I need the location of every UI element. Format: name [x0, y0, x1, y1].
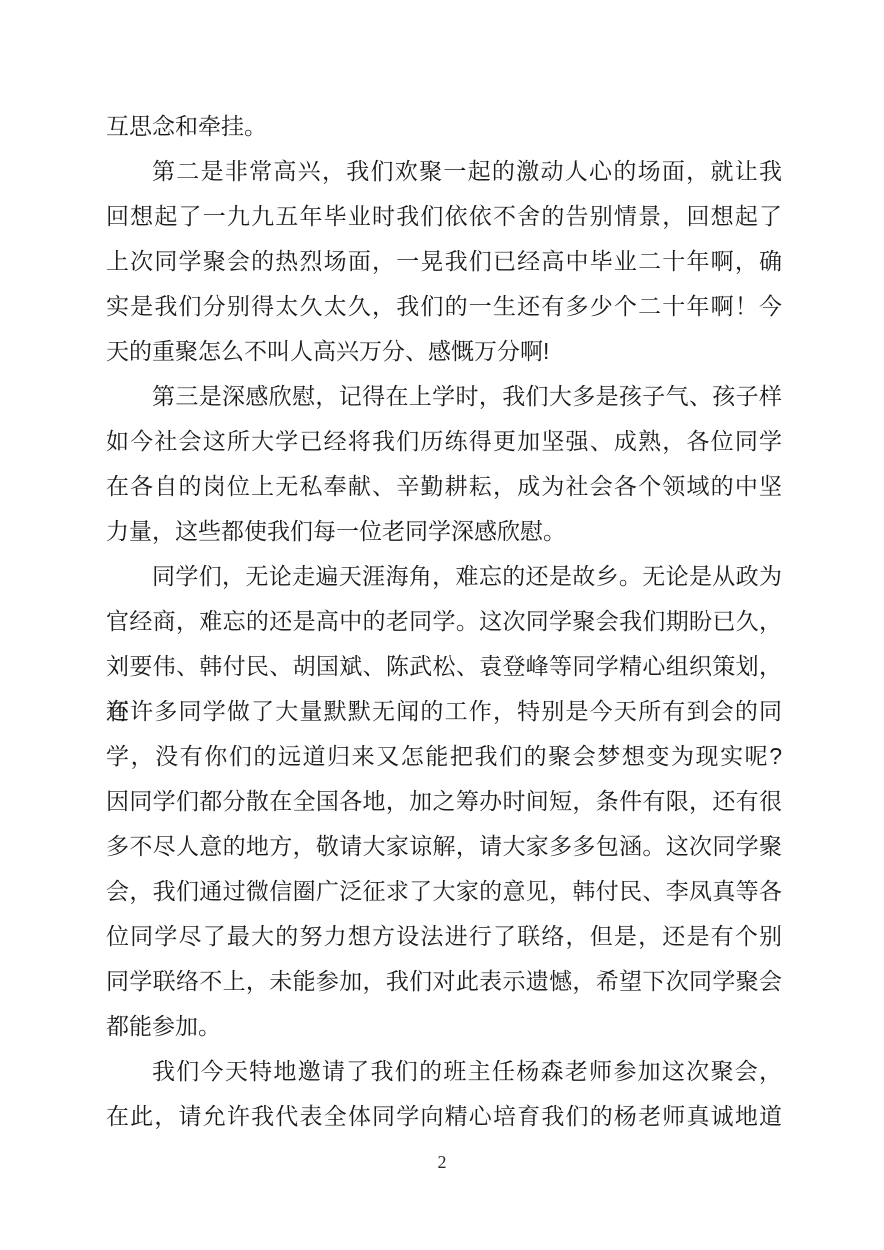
text-line: 因同学们都分散在全国各地，加之筹办时间短，条件有限，还有很 — [106, 779, 782, 824]
text-line: 在此，请允许我代表全体同学向精心培育我们的杨老师真诚地道 — [106, 1094, 782, 1139]
text-line: 我们今天特地邀请了我们的班主任杨森老师参加这次聚会， — [106, 1049, 782, 1094]
text-line: 位同学尽了最大的努力想方设法进行了联络，但是，还是有个别 — [106, 914, 782, 959]
page-number: 2 — [0, 1150, 884, 1174]
text-body: 互思念和牵挂。第二是非常高兴，我们欢聚一起的激动人心的场面，就让我回想起了一九九… — [106, 104, 782, 1139]
text-line: 如今社会这所大学已经将我们历练得更加坚强、成熟，各位同学 — [106, 419, 782, 464]
document-page: 互思念和牵挂。第二是非常高兴，我们欢聚一起的激动人心的场面，就让我回想起了一九九… — [0, 0, 884, 1250]
text-line: 第三是深感欣慰，记得在上学时，我们大多是孩子气、孩子样 — [106, 374, 782, 419]
text-line: 同学们，无论走遍天涯海角，难忘的还是故乡。无论是从政为 — [106, 554, 782, 599]
text-line: 实是我们分别得太久太久，我们的一生还有多少个二十年啊！今 — [106, 284, 782, 329]
text-line: 刘要伟、韩付民、胡国斌、陈武松、袁登峰等同学精心组织策划，还 — [106, 644, 782, 689]
text-line: 上次同学聚会的热烈场面，一晃我们已经高中毕业二十年啊，确 — [106, 239, 782, 284]
text-line: 有许多同学做了大量默默无闻的工作，特别是今天所有到会的同 — [106, 689, 782, 734]
text-line: 回想起了一九九五年毕业时我们依依不舍的告别情景，回想起了 — [106, 194, 782, 239]
text-line: 天的重聚怎么不叫人高兴万分、感慨万分啊! — [106, 329, 782, 374]
text-line: 互思念和牵挂。 — [106, 104, 782, 149]
text-line: 多不尽人意的地方，敬请大家谅解，请大家多多包涵。这次同学聚 — [106, 824, 782, 869]
text-line: 力量，这些都使我们每一位老同学深感欣慰。 — [106, 509, 782, 554]
text-line: 会，我们通过微信圈广泛征求了大家的意见，韩付民、李凤真等各 — [106, 869, 782, 914]
text-line: 在各自的岗位上无私奉献、辛勤耕耘，成为社会各个领域的中坚 — [106, 464, 782, 509]
text-line: 第二是非常高兴，我们欢聚一起的激动人心的场面，就让我 — [106, 149, 782, 194]
text-line: 都能参加。 — [106, 1004, 782, 1049]
text-line: 学，没有你们的远道归来又怎能把我们的聚会梦想变为现实呢? — [106, 734, 782, 779]
text-line: 官经商，难忘的还是高中的老同学。这次同学聚会我们期盼已久， — [106, 599, 782, 644]
text-line: 同学联络不上，未能参加，我们对此表示遗憾，希望下次同学聚会 — [106, 959, 782, 1004]
